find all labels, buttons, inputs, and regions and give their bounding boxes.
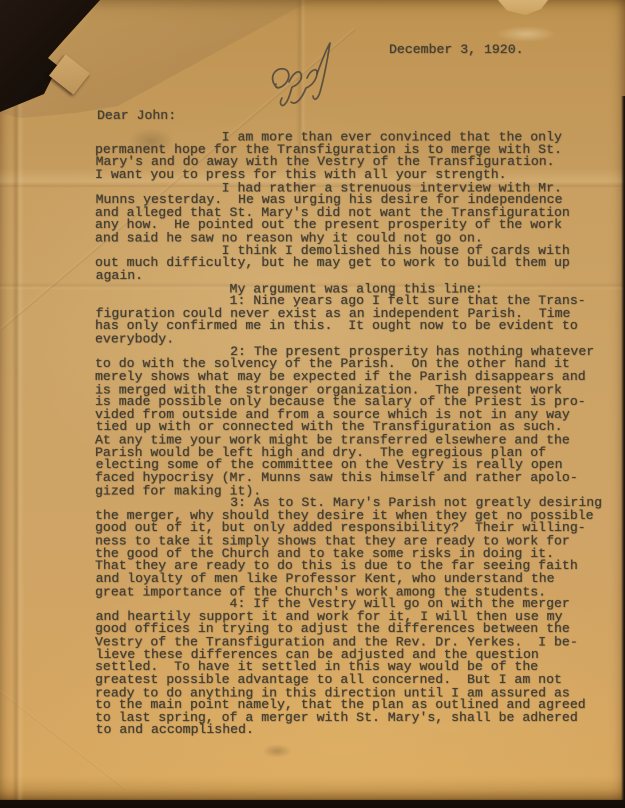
letter-line: lieve these differences can be adjusted …	[96, 649, 602, 662]
letter-line: to and accomplished.	[96, 724, 602, 737]
letter-line: I am more than ever convinced that the o…	[95, 131, 601, 144]
handwritten-copy-mark	[262, 36, 354, 110]
letter-line: Munns yesterday. He was urging his desir…	[96, 194, 602, 207]
letter-line: out much difficulty, but he may get to w…	[95, 257, 601, 270]
letter-photograph: December 3, 1920. Dear John: I am more t…	[0, 0, 625, 808]
letter-line: figuration could never exist as an indep…	[96, 308, 602, 321]
paper-smudge	[262, 744, 292, 758]
photo-edge-bottom	[0, 799, 625, 808]
photo-edge-right	[621, 96, 625, 808]
letter-paper: December 3, 1920. Dear John: I am more t…	[0, 0, 625, 800]
letter-line: great importance of the Church's work am…	[95, 586, 601, 599]
vertical-crease-left	[12, 100, 24, 800]
letter-body: I am more than ever convinced that the o…	[95, 131, 601, 737]
letter-date: December 3, 1920.	[389, 42, 524, 57]
letter-line: and said he saw no reason why it could n…	[95, 232, 601, 245]
letter-line: ness to take it simply shows that they a…	[95, 535, 601, 548]
letter-line: 3: As to St. Mary's Parish not greatly d…	[96, 497, 602, 510]
salutation: Dear John:	[97, 108, 176, 123]
handwriting-squiggle-icon	[262, 36, 354, 110]
letter-line: 2: The present prosperity has nothing wh…	[96, 346, 602, 359]
letter-line: and heartily support it and work for it,…	[96, 611, 602, 624]
letter-line: electing some of the committee on the Ve…	[96, 459, 602, 472]
letter-line: Mary's and do away with the Vestry of th…	[96, 156, 602, 169]
letter-line: My argument was along this line:	[95, 283, 601, 296]
letter-line: At any time your work might be transferr…	[95, 434, 601, 447]
letter-line: ready to do anything in this direction u…	[95, 687, 601, 700]
letter-line: is merged with the stronger organization…	[95, 384, 601, 397]
paper-highlight-stain	[496, 26, 556, 42]
